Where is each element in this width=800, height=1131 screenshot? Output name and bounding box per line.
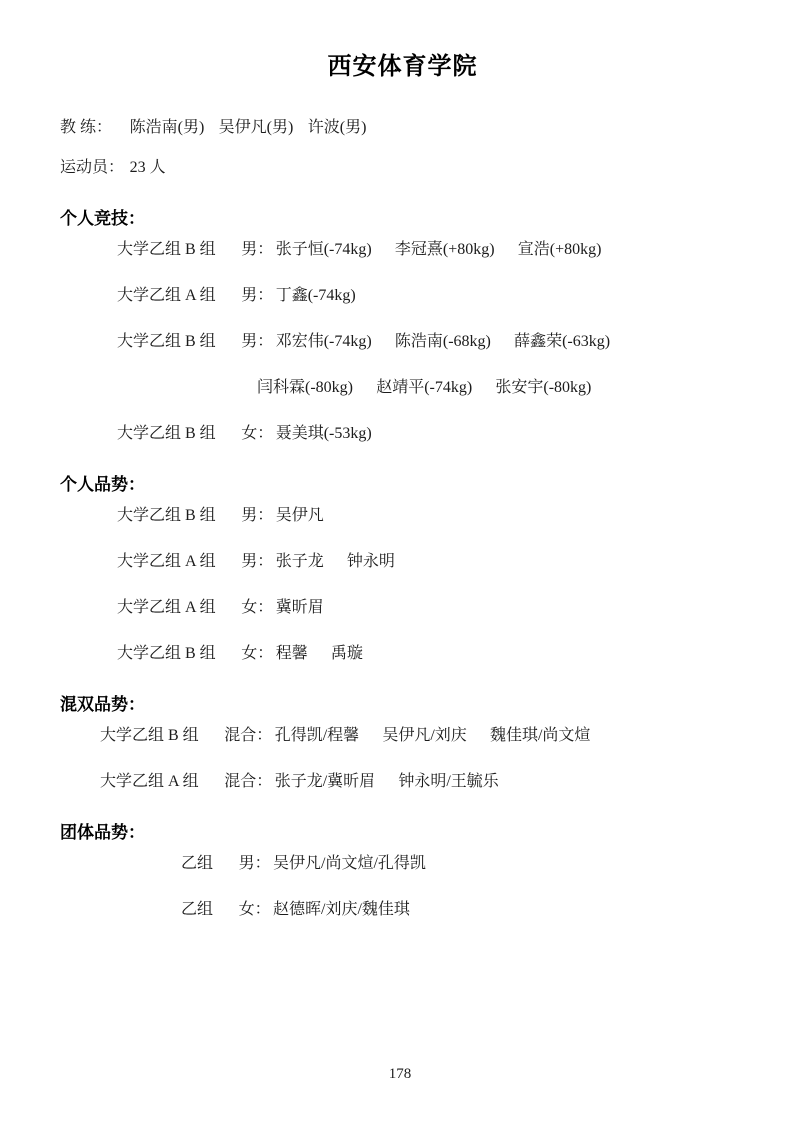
roster-row-continuation: 闫科霖(-80kg)赵靖平(-74kg)张安宇(-80kg) [60,378,745,398]
athlete-entry: 张安宇(-80kg) [495,379,591,396]
section-team-poomsae: 团体品势： 乙组男：吴伊凡/尚文煊/孔得凯 乙组女：赵德晖/刘庆/魏佳琪 [60,822,745,920]
coach-name: 许波(男) [308,119,367,136]
group-label: 大学乙组 B 组 [117,645,216,662]
section-mixed-pair-poomsae: 混双品势： 大学乙组 B 组混合：孔得凯/程馨吴伊凡/刘庆魏佳琪/尚文煊 大学乙… [60,694,745,792]
athlete-entry: 孔得凯/程馨 [275,727,359,744]
role-label: 女： [241,645,273,662]
athlete-entry: 吴伊凡/刘庆 [382,727,466,744]
role-label: 混合： [224,727,272,744]
section-individual-kyorugi: 个人竞技： 大学乙组 B 组男：张子恒(-74kg)李冠熹(+80kg)宣浩(+… [60,208,745,444]
athlete-entry: 冀昕眉 [276,599,324,616]
athlete-entry: 薛鑫荣(-63kg) [514,333,610,350]
roster-row: 大学乙组 B 组女：聂美琪(-53kg) [60,424,745,444]
role-label: 男： [241,553,273,570]
athlete-entry: 禹璇 [331,645,363,662]
document-title: 西安体育学院 [60,52,745,82]
athlete-entry: 张子龙/冀昕眉 [275,773,375,790]
section-heading: 混双品势： [60,694,745,716]
athlete-entry: 程馨 [276,645,308,662]
roster-row: 大学乙组 B 组男：张子恒(-74kg)李冠熹(+80kg)宣浩(+80kg) [60,240,745,260]
group-label: 大学乙组 A 组 [117,553,216,570]
group-label: 大学乙组 B 组 [117,241,216,258]
athlete-entry: 邓宏伟(-74kg) [276,333,372,350]
athlete-entry: 赵靖平(-74kg) [376,379,472,396]
roster-row: 乙组男：吴伊凡/尚文煊/孔得凯 [60,854,745,874]
athletes-line: 运动员：23 人 [60,158,745,178]
group-label: 大学乙组 B 组 [100,727,199,744]
group-label: 大学乙组 B 组 [117,425,216,442]
roster-row: 大学乙组 A 组男：张子龙钟永明 [60,552,745,572]
section-heading: 个人品势： [60,474,745,496]
group-label: 乙组 [181,855,213,872]
roster-row: 大学乙组 B 组混合：孔得凯/程馨吴伊凡/刘庆魏佳琪/尚文煊 [60,726,745,746]
roster-row: 大学乙组 B 组女：程馨禹璇 [60,644,745,664]
role-label: 女： [241,425,273,442]
document-page: 西安体育学院 教 练：陈浩南(男)吴伊凡(男)许波(男) 运动员：23 人 个人… [0,0,800,1131]
athlete-entry: 钟永明 [347,553,395,570]
coach-line: 教 练：陈浩南(男)吴伊凡(男)许波(男) [60,118,745,138]
coach-name: 吴伊凡(男) [219,119,294,136]
role-label: 男： [241,241,273,258]
group-label: 大学乙组 A 组 [100,773,199,790]
athlete-entry: 张子龙 [276,553,324,570]
athlete-entry: 吴伊凡/尚文煊/孔得凯 [273,855,426,872]
athlete-entry: 张子恒(-74kg) [276,241,372,258]
roster-row: 乙组女：赵德晖/刘庆/魏佳琪 [60,900,745,920]
roster-row: 大学乙组 A 组女：冀昕眉 [60,598,745,618]
athlete-entry: 赵德晖/刘庆/魏佳琪 [273,901,410,918]
athletes-label: 运动员： [60,159,124,176]
roster-row: 大学乙组 B 组男：邓宏伟(-74kg)陈浩南(-68kg)薛鑫荣(-63kg) [60,332,745,352]
athlete-entry: 闫科霖(-80kg) [257,379,353,396]
athlete-entry: 吴伊凡 [276,507,324,524]
athlete-entry: 陈浩南(-68kg) [395,333,491,350]
group-label: 大学乙组 B 组 [117,507,216,524]
coach-name: 陈浩南(男) [130,119,205,136]
group-label: 大学乙组 A 组 [117,599,216,616]
athlete-entry: 魏佳琪/尚文煊 [490,727,590,744]
coach-label: 教 练： [60,119,112,136]
athlete-entry: 钟永明/王毓乐 [398,773,498,790]
roster-row: 大学乙组 A 组男：丁鑫(-74kg) [60,286,745,306]
group-label: 乙组 [181,901,213,918]
role-label: 女： [239,901,271,918]
group-label: 大学乙组 A 组 [117,287,216,304]
athlete-entry: 宣浩(+80kg) [518,241,602,258]
athlete-entry: 聂美琪(-53kg) [276,425,372,442]
role-label: 混合： [224,773,272,790]
section-heading: 团体品势： [60,822,745,844]
roster-row: 大学乙组 A 组混合：张子龙/冀昕眉钟永明/王毓乐 [60,772,745,792]
section-heading: 个人竞技： [60,208,745,230]
role-label: 男： [239,855,271,872]
section-individual-poomsae: 个人品势： 大学乙组 B 组男：吴伊凡 大学乙组 A 组男：张子龙钟永明 大学乙… [60,474,745,664]
role-label: 女： [241,599,273,616]
document-content: 西安体育学院 教 练：陈浩南(男)吴伊凡(男)许波(男) 运动员：23 人 个人… [0,0,800,920]
roster-row: 大学乙组 B 组男：吴伊凡 [60,506,745,526]
page-number: 178 [0,1065,800,1083]
group-label: 大学乙组 B 组 [117,333,216,350]
role-label: 男： [241,507,273,524]
athletes-count: 23 人 [130,159,166,176]
role-label: 男： [241,287,273,304]
athlete-entry: 李冠熹(+80kg) [395,241,495,258]
athlete-entry: 丁鑫(-74kg) [276,287,356,304]
role-label: 男： [241,333,273,350]
